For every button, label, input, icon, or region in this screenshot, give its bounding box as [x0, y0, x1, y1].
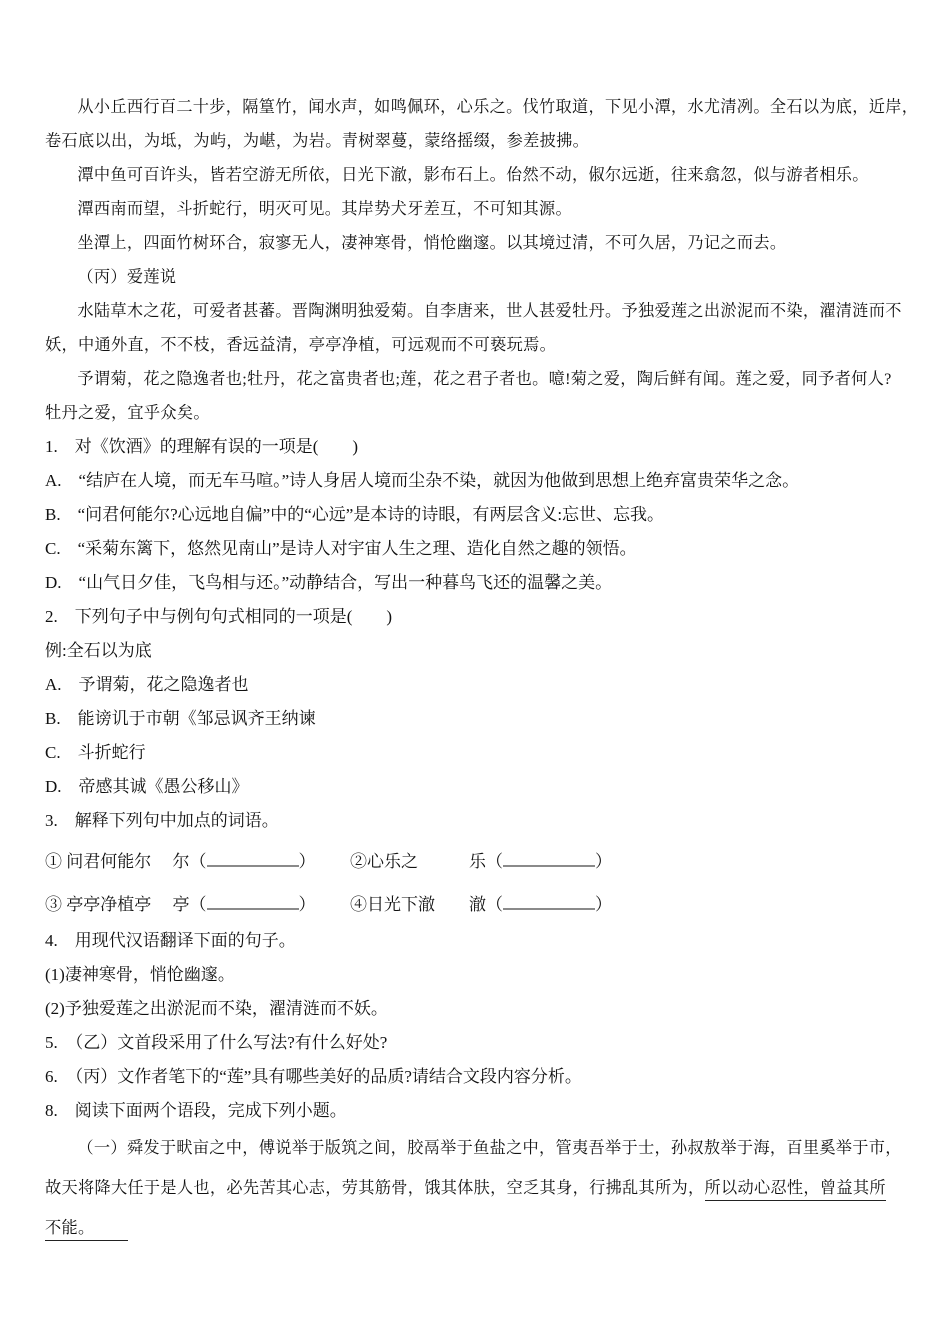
passage-line: 从小丘西行百二十步，隔篁竹，闻水声，如鸣佩环，心乐之。伐竹取道，下见小潭，水尤清…: [45, 90, 905, 124]
passage-heading-bing: （丙）爱莲说: [45, 260, 905, 294]
underlined-text: 所以动心忍性，曾益其所: [705, 1179, 886, 1201]
question-5-stem: 5. （乙）文首段采用了什么写法?有什么好处?: [45, 1026, 905, 1060]
question-3-item-3: ③ 亭亭净植亭 亭（）: [45, 890, 350, 915]
passage-line: 潭西南而望，斗折蛇行，明灭可见。其岸势犬牙差互，不可知其源。: [45, 192, 905, 226]
question-3-stem: 3. 解释下列句中加点的词语。: [45, 804, 905, 838]
question-1-option-d: D. “山气日夕佳，飞鸟相与还。”动静结合，写出一种暮鸟飞还的温馨之美。: [45, 566, 905, 600]
passage-text: 故天将降大任于是人也，必先苦其心志，劳其筋骨，饿其体肤，空乏其身，行拂乱其所为，: [45, 1179, 705, 1197]
question-4-item-1: (1)凄神寒骨，悄怆幽邃。: [45, 958, 905, 992]
mengzi-passage-line: 不能。: [45, 1208, 905, 1248]
question-1-option-c: C. “采菊东篱下，悠然见南山”是诗人对宇宙人生之理、造化自然之趣的领悟。: [45, 532, 905, 566]
answer-blank-line: [503, 895, 595, 910]
passage-line: 牡丹之爱，宜乎众矣。: [45, 396, 905, 430]
answer-blank-line: [207, 895, 299, 910]
paren-open: （: [486, 852, 503, 871]
mengzi-passage-line: （一）舜发于畎亩之中，傅说举于版筑之间，胶鬲举于鱼盐之中，管夷吾举于士，孙叔敖举…: [45, 1128, 905, 1168]
question-2-option-b: B. 能谤讥于市朝《邹忌讽齐王纳谏: [45, 702, 905, 736]
question-1-option-b: B. “问君何能尔?心远地自偏”中的“心远”是本诗的诗眼，有两层含义:忘世、忘我…: [45, 498, 905, 532]
question-6-stem: 6. （丙）文作者笔下的“莲”具有哪些美好的品质?请结合文段内容分析。: [45, 1060, 905, 1094]
question-3-item-2: ②心乐之 乐（）: [350, 847, 905, 872]
passage-line: 水陆草木之花，可爱者甚蕃。晋陶渊明独爱菊。自李唐来，世人甚爱牡丹。予独爱莲之出淤…: [45, 294, 905, 328]
question-2-option-d: D. 帝感其诚《愚公移山》: [45, 770, 905, 804]
paren-close: ）: [299, 852, 316, 871]
question-3-item-4: ④日光下澈 澈（）: [350, 890, 905, 915]
passage-line: 潭中鱼可百许头，皆若空游无所依，日光下澈，影布石上。佁然不动，俶尔远逝，往来翕忽…: [45, 158, 905, 192]
paren-open: （: [190, 895, 207, 914]
paren-close: ）: [595, 895, 612, 914]
question-1-stem: 1. 对《饮酒》的理解有误的一项是( ): [45, 430, 905, 464]
question-4-item-2: (2)予独爱莲之出淤泥而不染，濯清涟而不妖。: [45, 992, 905, 1026]
paren-close: ）: [595, 852, 612, 871]
question-3-blank-row: ③ 亭亭净植亭 亭（） ④日光下澈 澈（）: [45, 881, 905, 924]
answer-blank-line: [503, 852, 595, 867]
passage-line: 卷石底以出，为坻，为屿，为嵁，为岩。青树翠蔓，蒙络摇缀，参差披拂。: [45, 124, 905, 158]
question-2-option-c: C. 斗折蛇行: [45, 736, 905, 770]
question-2-example: 例:全石以为底: [45, 634, 905, 668]
question-1-option-a: A. “结庐在人境，而无车马喧。”诗人身居人境而尘杂不染，就因为他做到思想上绝弃…: [45, 464, 905, 498]
paren-open: （: [190, 852, 207, 871]
question-4-stem: 4. 用现代汉语翻译下面的句子。: [45, 924, 905, 958]
paren-open: （: [486, 895, 503, 914]
answer-blank-line: [207, 852, 299, 867]
item-label: ① 问君何能尔 尔: [45, 852, 190, 871]
question-8-stem: 8. 阅读下面两个语段，完成下列小题。: [45, 1094, 905, 1128]
mengzi-passage-line: 故天将降大任于是人也，必先苦其心志，劳其筋骨，饿其体肤，空乏其身，行拂乱其所为，…: [45, 1168, 905, 1208]
passage-line: 予谓菊，花之隐逸者也;牡丹，花之富贵者也;莲，花之君子者也。噫!菊之爱，陶后鲜有…: [45, 362, 905, 396]
underlined-text: 不能。: [45, 1219, 128, 1241]
passage-line: 妖，中通外直，不不枝，香远益清，亭亭净植，可远观而不可亵玩焉。: [45, 328, 905, 362]
question-3-item-1: ① 问君何能尔 尔（）: [45, 847, 350, 872]
item-label: ②心乐之 乐: [350, 852, 486, 871]
document-page: 从小丘西行百二十步，隔篁竹，闻水声，如鸣佩环，心乐之。伐竹取道，下见小潭，水尤清…: [0, 0, 950, 1344]
question-3-blank-row: ① 问君何能尔 尔（） ②心乐之 乐（）: [45, 838, 905, 881]
passage-line: 坐潭上，四面竹树环合，寂寥无人，凄神寒骨，悄怆幽邃。以其境过清，不可久居，乃记之…: [45, 226, 905, 260]
question-2-option-a: A. 予谓菊，花之隐逸者也: [45, 668, 905, 702]
question-2-stem: 2. 下列句子中与例句句式相同的一项是( ): [45, 600, 905, 634]
item-label: ④日光下澈 澈: [350, 895, 486, 914]
item-label: ③ 亭亭净植亭 亭: [45, 895, 190, 914]
paren-close: ）: [299, 895, 316, 914]
